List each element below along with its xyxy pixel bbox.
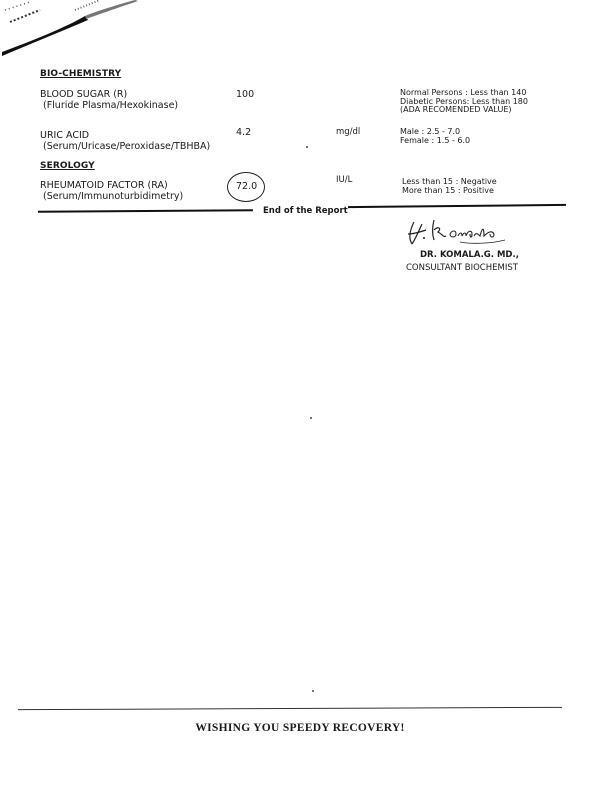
divider-left — [38, 209, 253, 213]
scan-speck — [306, 146, 308, 148]
reference-range: Less than 15 : Negative More than 15 : P… — [402, 178, 497, 195]
test-value: 72.0 — [236, 181, 257, 192]
test-value: 4.2 — [236, 127, 251, 138]
scan-corner-mark — [0, 0, 160, 60]
test-method: (Fluride Plasma/Hexokinase) — [40, 100, 178, 111]
test-method: (Serum/Immunoturbidimetry) — [40, 191, 183, 202]
test-name: URIC ACID — [40, 130, 210, 141]
test-unit: IU/L — [336, 175, 352, 185]
reference-range: Male : 2.5 - 7.0 Female : 1.5 - 6.0 — [400, 128, 470, 145]
test-name: RHEUMATOID FACTOR (RA) — [40, 180, 183, 191]
end-of-report: End of the Report — [263, 206, 348, 216]
footer-divider — [18, 707, 562, 710]
test-row-blood-sugar: BLOOD SUGAR (R) (Fluride Plasma/Hexokina… — [40, 89, 178, 111]
signatory-title: CONSULTANT BIOCHEMIST — [406, 263, 518, 273]
test-method: (Serum/Uricase/Peroxidase/TBHBA) — [40, 141, 210, 152]
section-title-serology: SEROLOGY — [40, 161, 95, 171]
footer-message: WISHING YOU SPEEDY RECOVERY! — [0, 722, 600, 734]
test-value: 100 — [236, 89, 254, 100]
test-row-uric-acid: URIC ACID (Serum/Uricase/Peroxidase/TBHB… — [40, 130, 210, 152]
scan-speck — [312, 690, 314, 692]
test-row-rheumatoid-factor: RHEUMATOID FACTOR (RA) (Serum/Immunoturb… — [40, 180, 183, 202]
divider-right — [348, 204, 566, 208]
section-title-biochemistry: BIO-CHEMISTRY — [40, 69, 121, 79]
scan-speck — [310, 417, 312, 419]
signature-icon — [400, 214, 520, 252]
reference-range: Normal Persons : Less than 140 Diabetic … — [400, 89, 528, 115]
signatory-name: DR. KOMALA.G. MD., — [420, 250, 519, 260]
test-unit: mg/dl — [336, 127, 360, 137]
test-name: BLOOD SUGAR (R) — [40, 89, 178, 100]
